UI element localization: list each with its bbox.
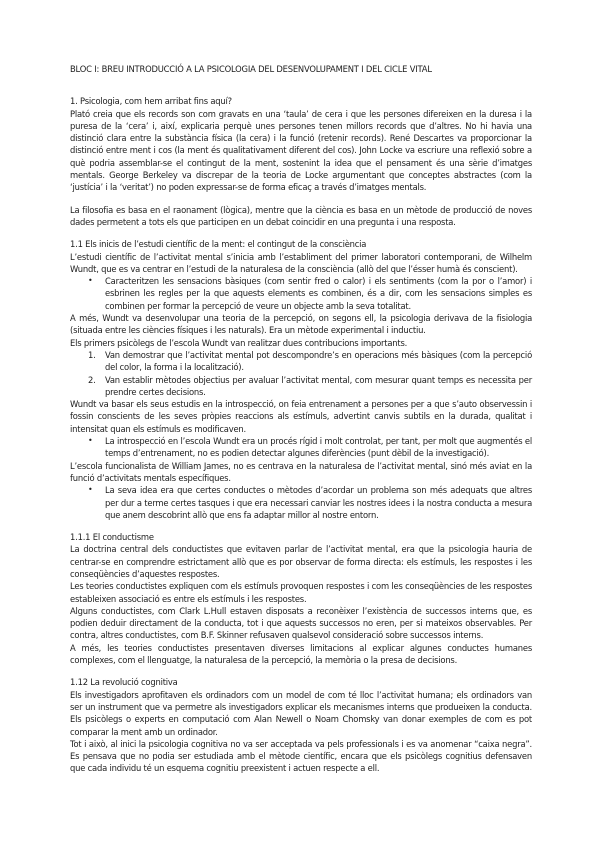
section-heading-revolucio-cognitiva: 1.12 La revolució cognitiva [70, 676, 532, 688]
numbered-item-2: 2. Van establir mètodes objectius per av… [70, 374, 532, 399]
paragraph-wundt-teoria: A més, Wundt va desenvolupar una teoria … [70, 312, 532, 337]
numbered-item-1: 1. Van demostrar que l’activitat mental … [70, 349, 532, 374]
bullet-text: La seva idea era que certes conductes o … [105, 484, 532, 521]
item-number: 2. [88, 374, 105, 399]
section-heading-inicis: 1.1 Els inicis de l’estudi científic de … [70, 238, 532, 250]
bullet-text: Caracteritzen les sensacions bàsiques (c… [105, 275, 532, 312]
document-page: BLOC I: BREU INTRODUCCIÓ A LA PSICOLOGIA… [0, 0, 600, 848]
paragraph-plato: Plató creia que els records son com grav… [70, 108, 532, 194]
paragraph-filosofia: La filosofia es basa en el raonament (lò… [70, 204, 532, 229]
page-title: BLOC I: BREU INTRODUCCIÓ A LA PSICOLOGIA… [70, 63, 532, 75]
paragraph-hull-skinner: Alguns conductistes, com Clark L.Hull es… [70, 605, 532, 642]
bullet-item-james-idea: • La seva idea era que certes conductes … [70, 484, 532, 521]
bullet-icon: • [88, 435, 105, 460]
paragraph-teories-conductistes: Les teories conductistes expliquen com e… [70, 580, 532, 605]
numbered-text: Van establir mètodes objectius per avalu… [105, 374, 532, 399]
paragraph-introspeccio: Wundt va basar els seus estudis en la in… [70, 398, 532, 435]
numbered-text: Van demostrar que l’activitat mental pot… [105, 349, 532, 374]
paragraph-caixa-negra: Tot i això, al inici la psicologia cogni… [70, 738, 532, 775]
paragraph-limitacions: A més, les teories conductistes presenta… [70, 642, 532, 667]
paragraph-william-james: L’escola funcionalista de William James,… [70, 460, 532, 485]
bullet-icon: • [88, 484, 105, 521]
paragraph-estudi-cientific: L’estudi científic de l’activitat mental… [70, 251, 532, 276]
bullet-text: La introspecció en l’escola Wundt era un… [105, 435, 532, 460]
paragraph-ordinadors: Els investigadors aprofitaven els ordina… [70, 689, 532, 738]
bullet-item-introspeccio: • La introspecció en l’escola Wundt era … [70, 435, 532, 460]
section-heading-conductisme: 1.1.1 El conductisme [70, 531, 532, 543]
bullet-item-sensacions: • Caracteritzen les sensacions bàsiques … [70, 275, 532, 312]
section-heading-psicologia: 1. Psicologia, com hem arribat fins aquí… [70, 95, 532, 107]
paragraph-doctrina: La doctrina central dels conductistes qu… [70, 543, 532, 580]
paragraph-contribucions: Els primers psicòlegs de l’escola Wundt … [70, 337, 532, 349]
item-number: 1. [88, 349, 105, 374]
bullet-icon: • [88, 275, 105, 312]
